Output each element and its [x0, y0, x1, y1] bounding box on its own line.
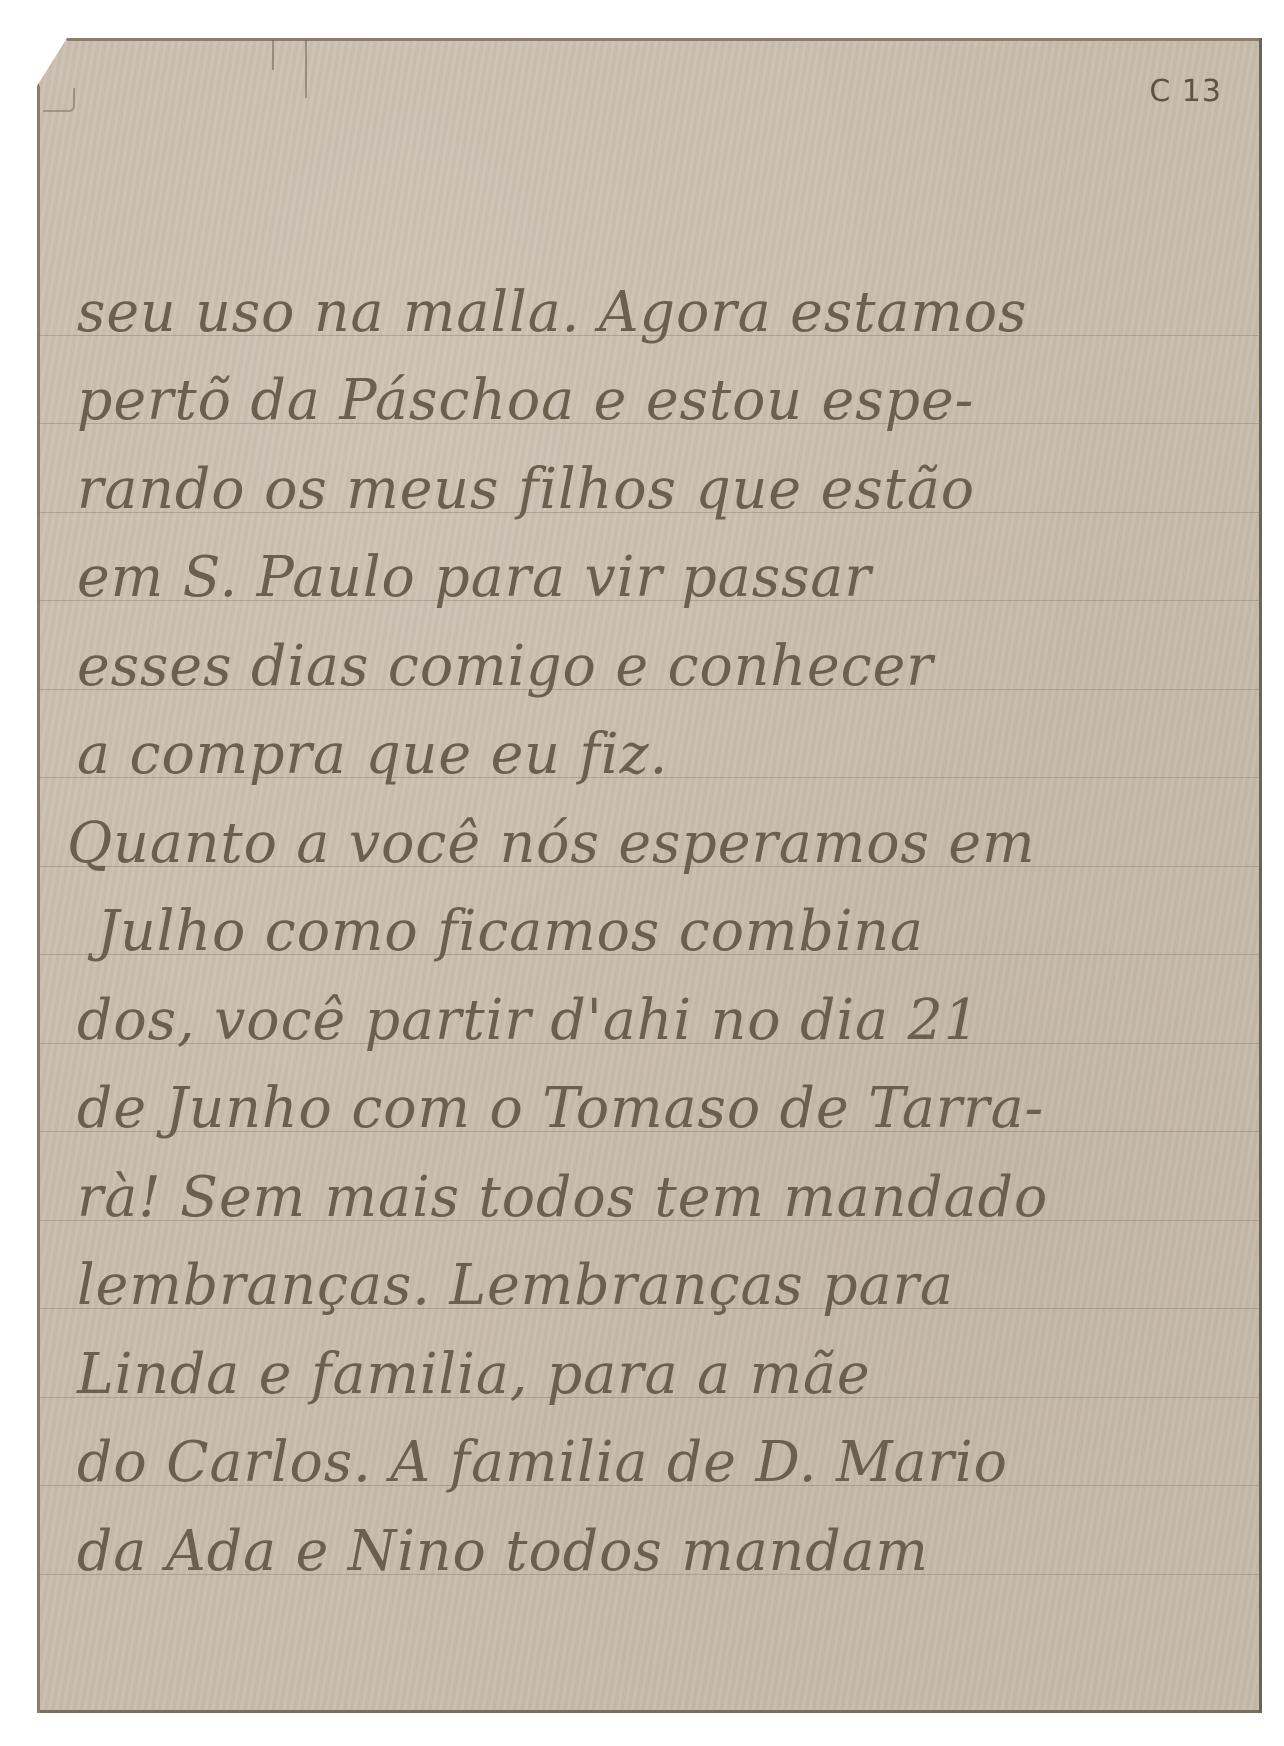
- archive-code: C 13: [1149, 74, 1222, 109]
- handwritten-line: do Carlos. A familia de D. Mario: [77, 1433, 1237, 1493]
- handwritten-line: rà! Sem mais todos tem mandado: [77, 1168, 1237, 1228]
- handwritten-line: em S. Paulo para vir passar: [77, 548, 1237, 608]
- handwritten-line: Linda e familia, para a mãe: [77, 1345, 1237, 1405]
- paper-crease: [272, 40, 274, 70]
- paper-crease: [305, 40, 307, 98]
- handwritten-line: lembranças. Lembranças para: [77, 1256, 1237, 1316]
- paper-edge-top: [67, 38, 1262, 41]
- corner-fold: [43, 88, 75, 112]
- handwritten-line: Julho como ficamos combina: [97, 902, 1237, 962]
- handwritten-line: rando os meus filhos que estão: [77, 460, 1237, 520]
- handwritten-line: da Ada e Nino todos mandam: [77, 1522, 1237, 1582]
- paper-edge-bottom: [37, 1710, 1262, 1713]
- handwritten-line: a compra que eu fiz.: [77, 725, 1237, 785]
- handwritten-line: pertõ da Páschoa e estou espe-: [77, 371, 1237, 431]
- handwritten-line: de Junho com o Tomaso de Tarra-: [77, 1079, 1237, 1139]
- paper-edge-right: [1259, 38, 1262, 1713]
- handwritten-line: esses dias comigo e conhecer: [77, 637, 1237, 697]
- handwritten-line: Quanto a você nós esperamos em: [67, 814, 1237, 874]
- letter-page: C 13 seu uso na malla. Agora estamos per…: [37, 38, 1262, 1713]
- handwritten-line: seu uso na malla. Agora estamos: [77, 283, 1237, 343]
- paper-edge-left: [37, 86, 40, 1713]
- handwritten-line: dos, você partir d'ahi no dia 21: [77, 991, 1237, 1051]
